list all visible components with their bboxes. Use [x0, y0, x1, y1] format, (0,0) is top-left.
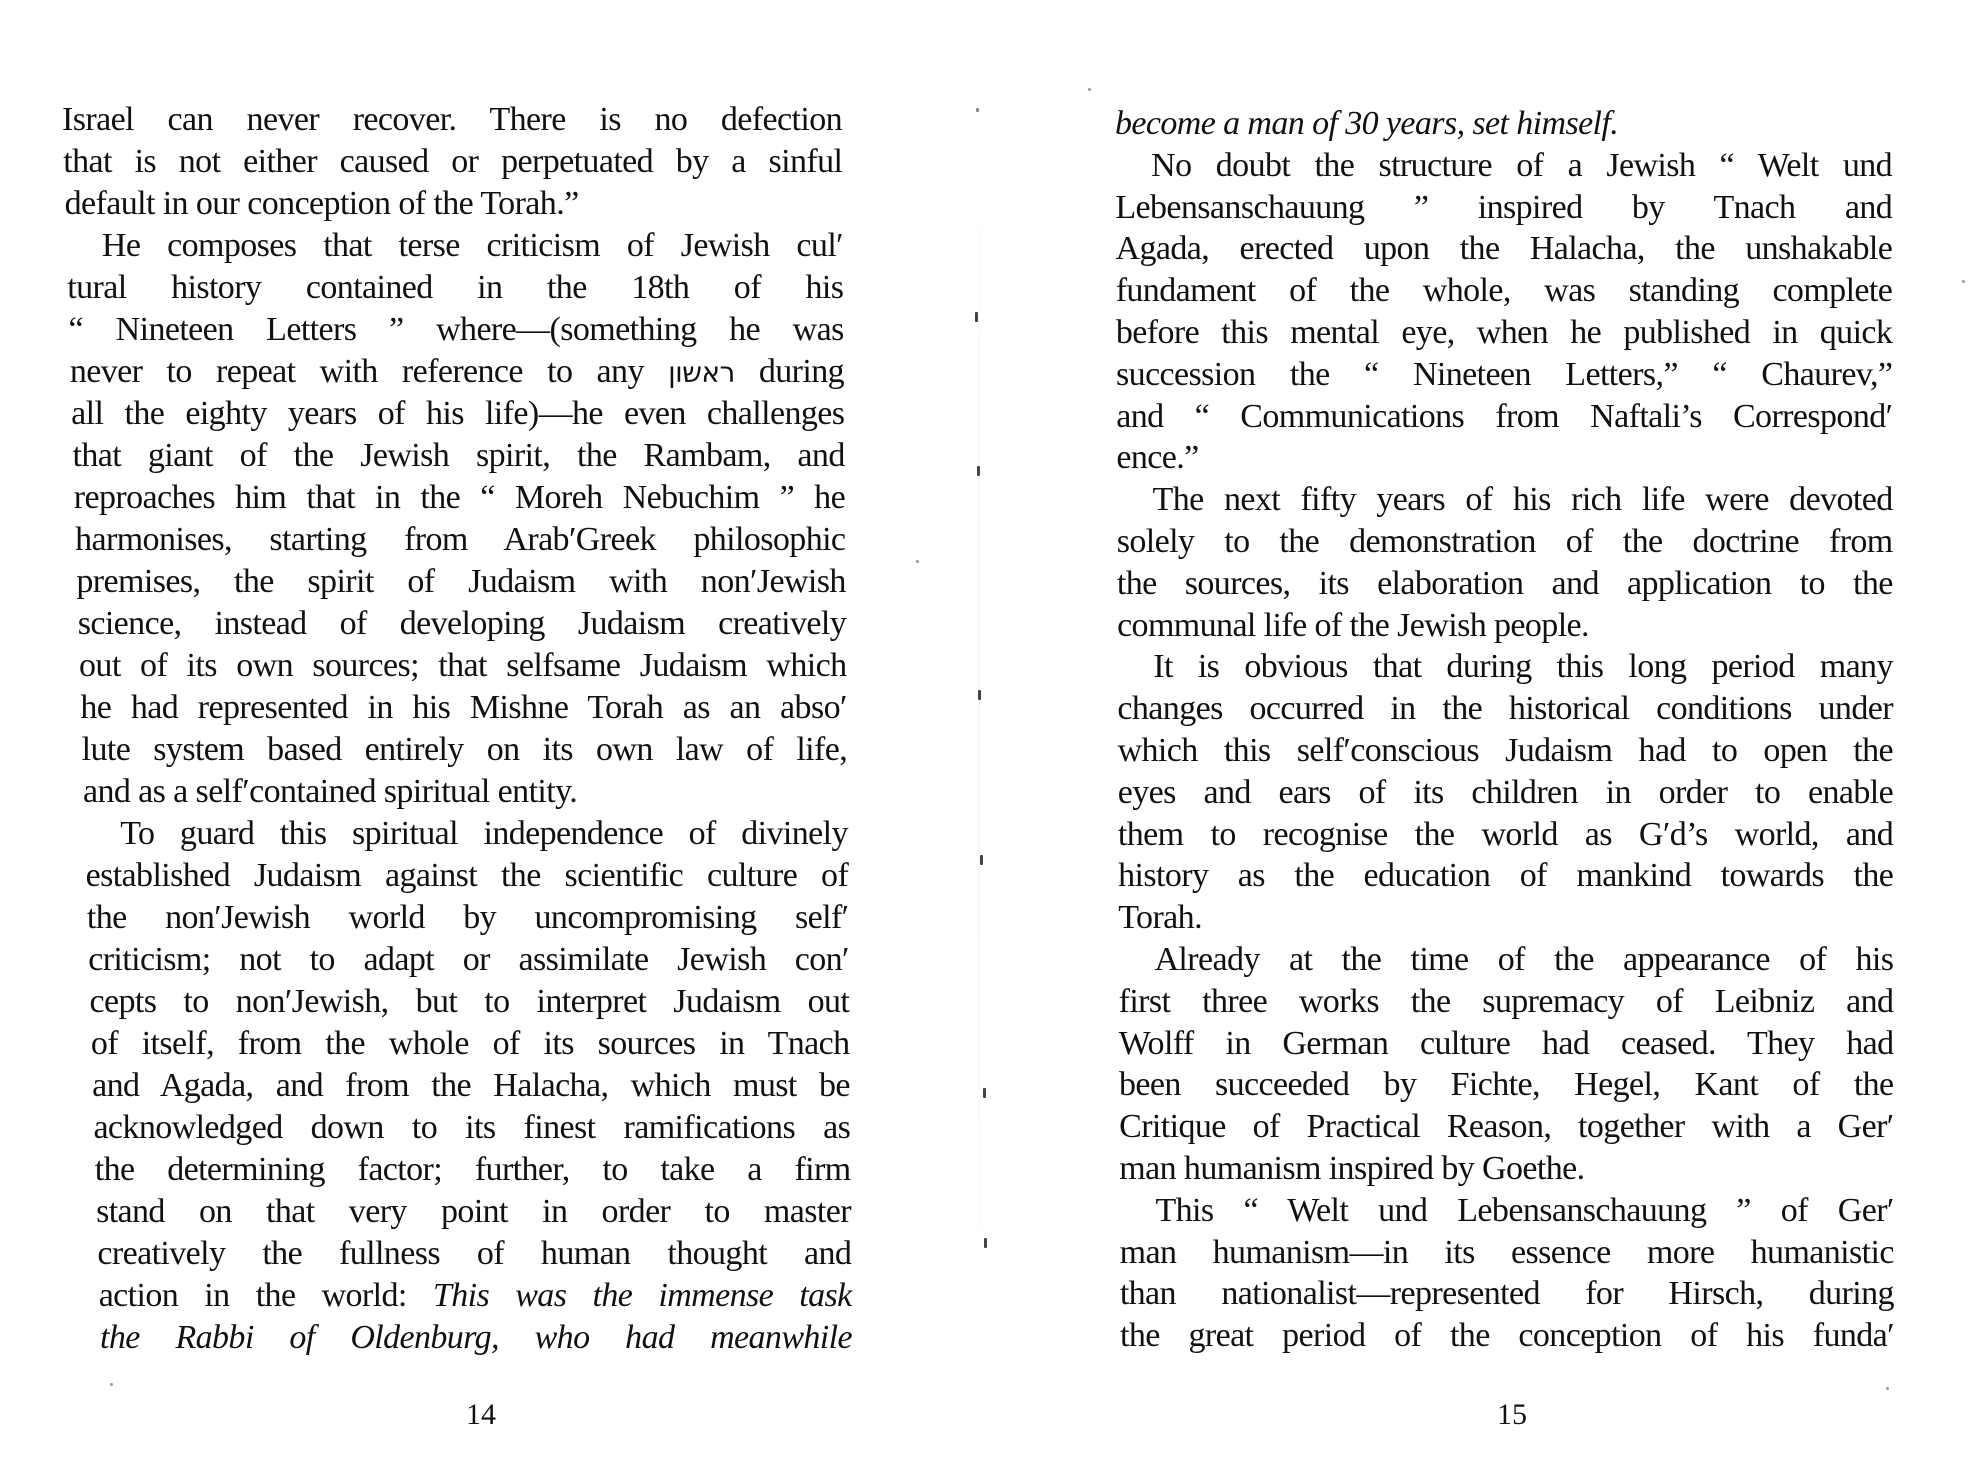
page-number-right: 15 — [1497, 1398, 1527, 1432]
text-line: “ Nineteen Letters ” where—(something he… — [69, 310, 844, 350]
text-line: been succeeded by Fichte, Hegel, Kant of… — [1119, 1065, 1894, 1105]
text-line: become a man of 30 years, set himself. — [1115, 104, 1892, 144]
text-line: man humanism—in its essence more humanis… — [1120, 1233, 1894, 1273]
text-line: The next fifty years of his rich life we… — [1117, 480, 1893, 520]
text-line: that giant of the Jewish spirit, the Ram… — [72, 436, 844, 476]
scan-dot — [1088, 88, 1091, 91]
text-line: succession the “ Nineteen Letters,” “ Ch… — [1116, 355, 1892, 395]
text-line: the sources, its elaboration and applica… — [1117, 564, 1893, 604]
text-line: all the eighty years of his life)—he eve… — [71, 394, 844, 434]
line-text: action in the world: — [99, 1277, 433, 1314]
italic-text: This was the immense task — [433, 1277, 852, 1314]
text-line: action in the world: This was the immens… — [99, 1276, 852, 1316]
scan-dot — [1886, 1387, 1889, 1390]
text-line: Agada, erected upon the Halacha, the uns… — [1116, 229, 1893, 269]
gutter-shadow — [978, 0, 980, 1457]
text-line: tural history contained in the 18th of h… — [67, 268, 843, 308]
text-line: them to recognise the world as G′d’s wor… — [1118, 815, 1893, 855]
scan-speck — [978, 690, 981, 700]
text-line: No doubt the structure of a Jewish “ Wel… — [1115, 146, 1892, 186]
text-line: first three works the supremacy of Leibn… — [1119, 982, 1894, 1022]
text-line: before this mental eye, when he publishe… — [1116, 313, 1892, 353]
scan-dot — [916, 560, 919, 563]
text-line: never to repeat with reference to any רא… — [70, 352, 844, 392]
text-line: Critique of Practical Reason, together w… — [1119, 1107, 1894, 1147]
text-line: than nationalist—represented for Hirsch,… — [1120, 1274, 1894, 1314]
text-line: Lebensanschauung ” inspired by Tnach and — [1115, 188, 1892, 228]
text-line: the non′Jewish world by uncompromising s… — [87, 898, 849, 938]
text-line: ence.” — [1116, 438, 1892, 478]
text-line: Already at the time of the appearance of… — [1118, 940, 1893, 980]
page-number-left: 14 — [466, 1398, 496, 1432]
line-text: during — [735, 353, 844, 390]
text-line: harmonises, starting from Arab′Greek phi… — [75, 520, 845, 560]
scan-speck — [975, 312, 978, 322]
text-line: the great period of the conception of hi… — [1120, 1316, 1894, 1356]
text-line: the Rabbi of Oldenburg, who had meanwhil… — [100, 1318, 852, 1358]
text-line: communal life of the Jewish people. — [1117, 606, 1893, 646]
text-line: and Agada, and from the Halacha, which m… — [92, 1066, 850, 1106]
text-line: To guard this spiritual independence of … — [84, 814, 848, 854]
text-line: the determining factor; further, to take… — [95, 1150, 851, 1190]
text-line: which this self′conscious Judaism had to… — [1118, 731, 1893, 771]
text-line: solely to the demonstration of the doctr… — [1117, 522, 1893, 562]
text-line: creatively the fullness of human thought… — [97, 1234, 851, 1274]
text-line: acknowledged down to its finest ramifica… — [93, 1108, 850, 1148]
text-line: eyes and ears of its children in order t… — [1118, 773, 1893, 813]
text-line: default in our conception of the Torah.” — [65, 184, 843, 224]
text-line: changes occurred in the historical condi… — [1117, 689, 1893, 729]
text-line: out of its own sources; that selfsame Ju… — [79, 646, 846, 686]
text-line: It is obvious that during this long peri… — [1117, 647, 1893, 687]
text-line: lute system based entirely on its own la… — [82, 730, 848, 770]
text-line: reproaches him that in the “ Moreh Nebuc… — [74, 478, 845, 518]
text-line: premises, the spirit of Judaism with non… — [76, 562, 845, 602]
scan-speck — [980, 855, 983, 865]
text-line: cepts to non′Jewish, but to interpret Ju… — [90, 982, 850, 1022]
scan-speck — [983, 1088, 986, 1098]
left-page: Israel can never recover. There is no de… — [0, 0, 975, 1457]
text-line: Wolff in German culture had ceased. They… — [1119, 1024, 1894, 1064]
scan-dot — [1962, 280, 1965, 283]
scan-speck — [984, 1238, 987, 1248]
text-line: stand on that very point in order to mas… — [96, 1192, 851, 1232]
text-line: fundament of the whole, was standing com… — [1116, 271, 1893, 311]
scan-dot — [110, 1383, 113, 1386]
line-text: never to repeat with reference to any — [70, 353, 668, 390]
book-spread: Israel can never recover. There is no de… — [0, 0, 1979, 1457]
text-line: and as a self′contained spiritual entity… — [83, 772, 848, 812]
right-page: become a man of 30 years, set himself.No… — [985, 0, 1979, 1457]
scan-speck — [976, 108, 979, 112]
text-line: Israel can never recover. There is no de… — [62, 100, 842, 140]
text-line: and “ Communications from Naftali’s Corr… — [1116, 397, 1892, 437]
text-line: science, instead of developing Judaism c… — [78, 604, 846, 644]
text-line: established Judaism against the scientif… — [86, 856, 849, 896]
text-line: that is not either caused or perpetuated… — [63, 142, 842, 182]
text-line: man humanism inspired by Goethe. — [1119, 1149, 1893, 1189]
text-line: criticism; not to adapt or assimilate Je… — [88, 940, 849, 980]
hebrew-word: ראשון — [668, 356, 735, 389]
text-line: he had represented in his Mishne Torah a… — [80, 688, 846, 728]
text-line: of itself, from the whole of its sources… — [91, 1024, 850, 1064]
scan-speck — [977, 466, 980, 476]
text-line: This “ Welt und Lebensanschauung ” of Ge… — [1119, 1191, 1893, 1231]
text-line: He composes that terse criticism of Jewi… — [66, 226, 843, 266]
text-line: Torah. — [1118, 898, 1893, 938]
text-line: history as the education of mankind towa… — [1118, 856, 1893, 896]
